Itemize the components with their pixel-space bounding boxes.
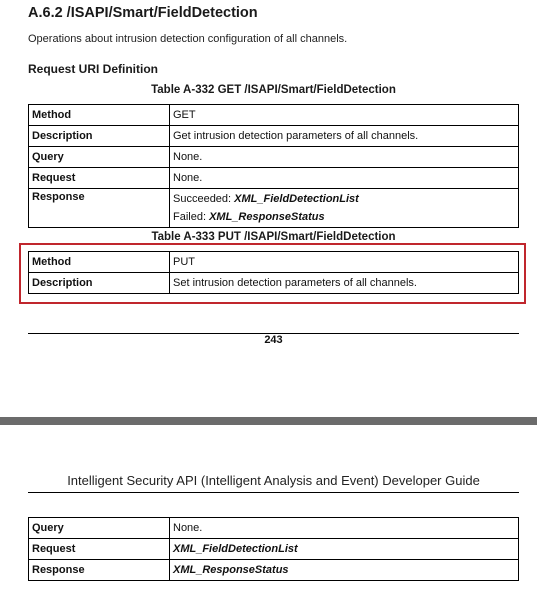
table-row: Request None. — [29, 168, 519, 189]
page-separator — [0, 417, 537, 425]
table-put-continued: Query None. Request XML_FieldDetectionLi… — [28, 517, 519, 581]
table-put-caption: Table A-333 PUT /ISAPI/Smart/FieldDetect… — [28, 231, 519, 243]
table-row: Response Succeeded: XML_FieldDetectionLi… — [29, 189, 519, 228]
table-row: Description Get intrusion detection para… — [29, 126, 519, 147]
row-key: Description — [29, 273, 170, 294]
table-row: Method GET — [29, 105, 519, 126]
page-number: 243 — [28, 334, 519, 346]
row-value: GET — [170, 105, 519, 126]
row-key: Query — [29, 147, 170, 168]
row-key: Description — [29, 126, 170, 147]
table-get-caption: Table A-332 GET /ISAPI/Smart/FieldDetect… — [28, 84, 519, 96]
table-row: Description Set intrusion detection para… — [29, 273, 519, 294]
response-failed: Failed: XML_ResponseStatus — [173, 208, 515, 226]
row-value: None. — [170, 168, 519, 189]
response-succeeded: Succeeded: XML_FieldDetectionList — [173, 190, 515, 208]
running-header: Intelligent Security API (Intelligent An… — [28, 473, 519, 488]
row-value: Succeeded: XML_FieldDetectionList Failed… — [170, 189, 519, 228]
failed-label: Failed: — [173, 211, 209, 223]
header-rule — [28, 492, 519, 493]
response-link[interactable]: XML_ResponseStatus — [170, 560, 519, 581]
row-key: Query — [29, 518, 170, 539]
succeeded-link[interactable]: XML_FieldDetectionList — [234, 193, 359, 205]
succeeded-label: Succeeded: — [173, 193, 234, 205]
table-row: Query None. — [29, 147, 519, 168]
request-uri-heading: Request URI Definition — [28, 62, 158, 76]
table-row: Method PUT — [29, 252, 519, 273]
row-value: Get intrusion detection parameters of al… — [170, 126, 519, 147]
row-value: None. — [170, 518, 519, 539]
request-link[interactable]: XML_FieldDetectionList — [170, 539, 519, 560]
row-key: Method — [29, 252, 170, 273]
table-row: Response XML_ResponseStatus — [29, 560, 519, 581]
table-get: Method GET Description Get intrusion det… — [28, 104, 519, 228]
row-key: Request — [29, 168, 170, 189]
failed-link[interactable]: XML_ResponseStatus — [209, 211, 325, 223]
row-key: Request — [29, 539, 170, 560]
table-row: Request XML_FieldDetectionList — [29, 539, 519, 560]
row-value: Set intrusion detection parameters of al… — [170, 273, 519, 294]
row-key: Response — [29, 560, 170, 581]
section-intro: Operations about intrusion detection con… — [28, 33, 347, 45]
section-heading: A.6.2 /ISAPI/Smart/FieldDetection — [28, 5, 258, 21]
table-row: Query None. — [29, 518, 519, 539]
row-key: Method — [29, 105, 170, 126]
row-value: None. — [170, 147, 519, 168]
row-value: PUT — [170, 252, 519, 273]
row-key: Response — [29, 189, 170, 228]
table-put: Method PUT Description Set intrusion det… — [28, 251, 519, 294]
